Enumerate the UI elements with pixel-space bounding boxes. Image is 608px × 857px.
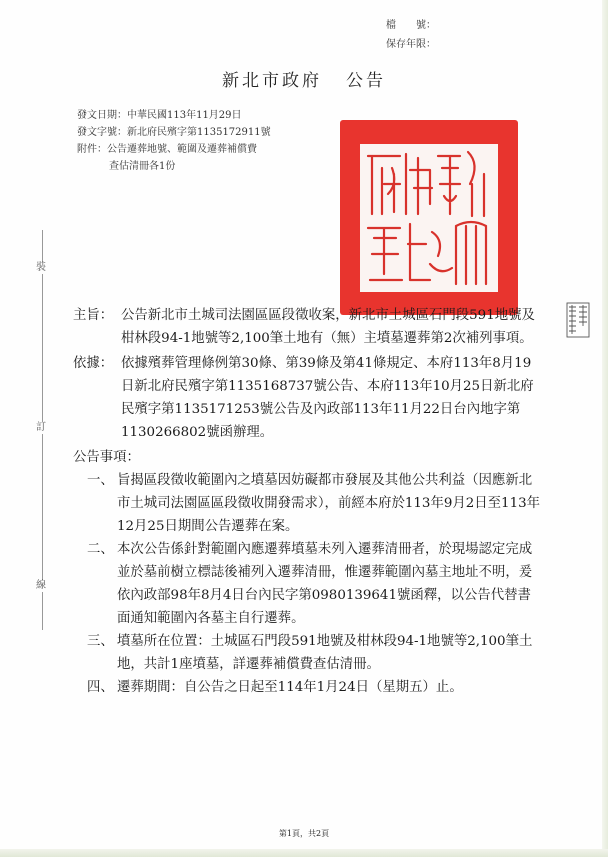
binding-mark: 線	[36, 580, 46, 592]
subject-label: 主旨：	[73, 304, 121, 350]
basis-label: 依據：	[73, 352, 121, 444]
notice-item: 三、 墳墓所在位置：土城區石門段591地號及柑林段94-1地號等2,100筆土地…	[87, 630, 543, 676]
document-meta: 發文日期：中華民國113年11月29日 發文字號：新北府民殯字第11351729…	[77, 107, 271, 175]
agency-name: 新北市政府	[222, 71, 322, 91]
seal-icon	[360, 144, 498, 292]
item-text: 遷葬期間：自公告之日起至114年1月24日（星期五）止。	[117, 676, 543, 699]
proofreading-stamp-icon	[566, 302, 590, 338]
official-seal	[340, 120, 518, 315]
page-title: 新北市政府公告	[0, 66, 608, 91]
basis-text: 依據殯葬管理條例第30條、第39條及第41條規定、本府113年8月19日新北府民…	[121, 352, 543, 444]
page-indicator: 第1頁，共2頁	[0, 828, 608, 839]
item-number: 四、	[87, 676, 117, 699]
item-text: 本次公告係針對範圍內應遷葬墳墓未列入遷葬清冊者，於現場認定完成並於墓前樹立標誌後…	[117, 538, 543, 630]
item-number: 三、	[87, 630, 117, 676]
subject-paragraph: 主旨： 公告新北市土城司法園區區段徵收案，新北市土城區石門段591地號及柑林段9…	[73, 304, 543, 350]
reference-number: 發文字號：新北府民殯字第1135172911號	[77, 124, 271, 141]
page-edge	[602, 0, 608, 857]
document-body: 主旨： 公告新北市土城司法園區區段徵收案，新北市土城區石門段591地號及柑林段9…	[73, 304, 543, 699]
item-text: 墳墓所在位置：土城區石門段591地號及柑林段94-1地號等2,100筆土地，共計…	[117, 630, 543, 676]
notice-heading: 公告事項：	[73, 446, 543, 469]
notice-item: 四、 遷葬期間：自公告之日起至114年1月24日（星期五）止。	[87, 676, 543, 699]
page-edge	[0, 849, 608, 857]
archive-info: 檔 號： 保存年限：	[386, 16, 436, 54]
subject-text: 公告新北市土城司法園區區段徵收案，新北市土城區石門段591地號及柑林段94-1地…	[121, 304, 543, 350]
file-number-label: 檔 號：	[386, 16, 436, 35]
notice-item: 二、 本次公告係針對範圍內應遷葬墳墓未列入遷葬清冊者，於現場認定完成並於墓前樹立…	[87, 538, 543, 630]
binding-mark: 裝	[36, 262, 46, 274]
item-number: 一、	[87, 469, 117, 538]
attachment-line: 查估清冊各1份	[77, 158, 271, 175]
document-page: 檔 號： 保存年限： 新北市政府公告 發文日期：中華民國113年11月29日 發…	[0, 0, 608, 857]
attachment-line: 附件：公告遷葬地號、範圍及遷葬補償費	[77, 141, 271, 158]
issue-date: 發文日期：中華民國113年11月29日	[77, 107, 271, 124]
binding-mark: 訂	[36, 422, 46, 434]
item-number: 二、	[87, 538, 117, 630]
retention-label: 保存年限：	[386, 35, 436, 54]
notice-item: 一、 旨揭區段徵收範圍內之墳墓因妨礙都市發展及其他公共利益（因應新北市土城司法園…	[87, 469, 543, 538]
seal-glyph-icon	[360, 144, 498, 292]
basis-paragraph: 依據： 依據殯葬管理條例第30條、第39條及第41條規定、本府113年8月19日…	[73, 352, 543, 444]
doc-type: 公告	[346, 71, 386, 91]
item-text: 旨揭區段徵收範圍內之墳墓因妨礙都市發展及其他公共利益（因應新北市土城司法園區區段…	[117, 469, 543, 538]
